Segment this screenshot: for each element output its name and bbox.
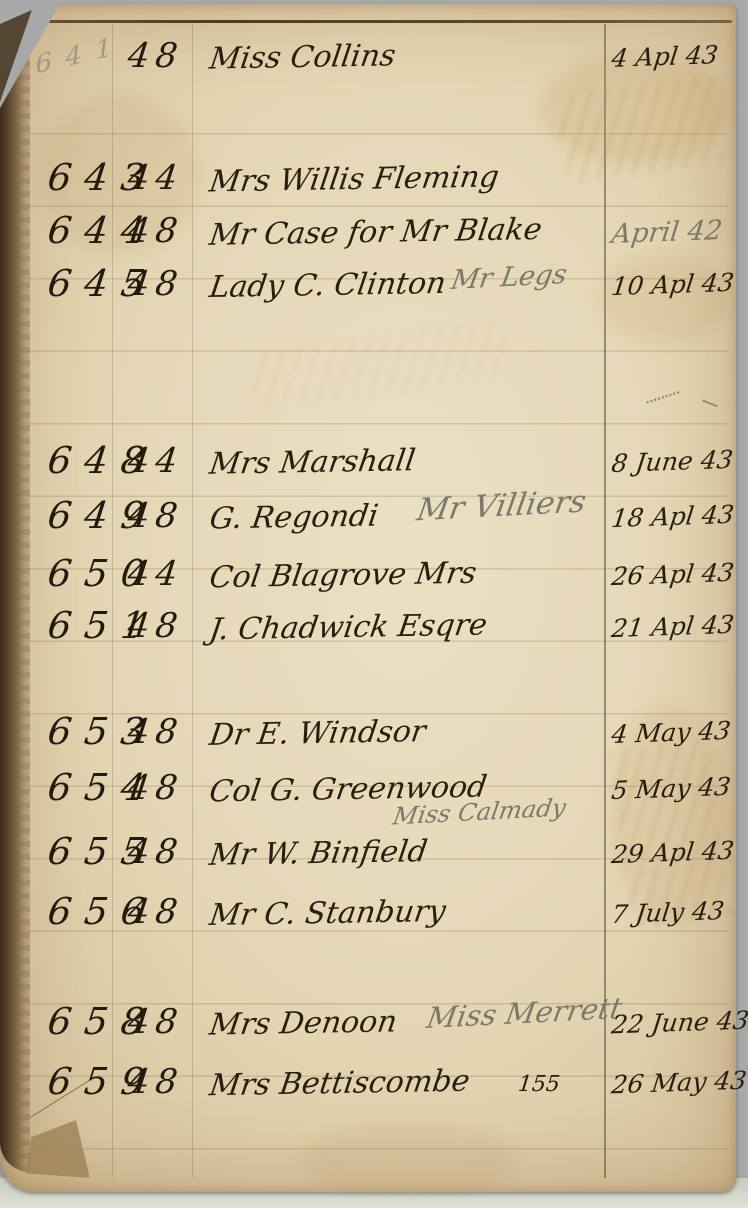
entry-date: 26 May 43	[610, 1066, 748, 1100]
ledger-row: 654 48 Col G. Greenwood 5 May 43	[0, 766, 748, 824]
entry-size: 48	[126, 712, 186, 752]
ledger-row: 645 48 Lady C. Clinton Mr Legs 10 Apl 43	[0, 262, 748, 320]
entry-size: 48	[126, 1002, 186, 1042]
entry-date: 18 Apl 43	[610, 500, 736, 533]
entry-date-pencil: April 42	[610, 215, 724, 250]
entry-date: 5 May 43	[610, 772, 732, 805]
entry-size: 48	[126, 36, 186, 76]
ledger-row: 658 48 Mrs Denoon Miss Merrett 22 June 4…	[0, 1000, 748, 1058]
entry-ref-number: 155	[517, 1072, 562, 1097]
entry-name: Dr E. Windsor	[207, 714, 428, 753]
ledger-row: 648 44 Mrs Marshall 8 June 43	[0, 439, 748, 497]
entry-size: 48	[126, 768, 186, 808]
entry-name: Mr W. Binfield	[207, 834, 429, 873]
pencil-scribble	[646, 391, 683, 417]
ledger-page: 641 48 Miss Collins 4 Apl 43 643 44 Mrs …	[0, 4, 736, 1192]
entry-date: 22 June 43	[610, 1006, 748, 1040]
ledger-row: 656 48 Mr C. Stanbury 7 July 43	[0, 890, 748, 948]
entry-date: 10 Apl 43	[610, 268, 736, 301]
entry-size: 48	[126, 892, 186, 932]
entry-name: G. Regondi	[207, 499, 380, 537]
ledger-row: 650 44 Col Blagrove Mrs 26 Apl 43	[0, 552, 748, 610]
entry-name: Mrs Denoon	[207, 1004, 399, 1042]
entry-name: J. Chadwick Esqre	[207, 608, 489, 648]
entry-date: 8 June 43	[610, 445, 735, 478]
pencil-annotation: Mr Villiers	[414, 484, 588, 529]
entry-size: 48	[126, 496, 186, 536]
entry-size: 48	[126, 1062, 186, 1102]
entry-size: 44	[126, 554, 186, 594]
entry-date: 4 Apl 43	[610, 40, 720, 73]
page-top-edge	[2, 20, 732, 23]
ledger-row: 641 48 Miss Collins 4 Apl 43	[0, 34, 748, 92]
entry-size: 44	[126, 158, 186, 198]
pencil-annotation: Miss Merrett	[424, 991, 624, 1035]
entry-name: Mrs Bettiscombe	[207, 1064, 472, 1104]
ledger-row: 653 48 Dr E. Windsor 4 May 43	[0, 710, 748, 768]
paper-stain	[300, 1124, 520, 1194]
ledger-row: 651 48 J. Chadwick Esqre 21 Apl 43	[0, 604, 748, 662]
entry-name: Lady C. Clinton	[207, 266, 448, 305]
entry-size: 48	[126, 211, 186, 251]
entry-date: 4 May 43	[610, 716, 732, 749]
entry-date: 26 Apl 43	[610, 558, 736, 591]
ledger-row: 659 48 Mrs Bettiscombe 155 26 May 43	[0, 1060, 748, 1118]
entry-name: Mrs Willis Fleming	[207, 159, 501, 199]
entry-date: 21 Apl 43	[610, 610, 736, 643]
entry-number: 641	[34, 30, 126, 81]
entry-size: 48	[126, 606, 186, 646]
entry-name: Mr C. Stanbury	[207, 894, 448, 933]
ink-showthrough	[247, 316, 513, 412]
entry-name: Col Blagrove Mrs	[207, 556, 479, 596]
ledger-row: 655 48 Mr W. Binfield Miss Calmady 29 Ap…	[0, 830, 748, 888]
entry-size: 44	[126, 441, 186, 481]
ledger-row: 649 48 G. Regondi Mr Villiers 18 Apl 43	[0, 494, 748, 552]
entry-size: 48	[126, 832, 186, 872]
entry-date: 29 Apl 43	[610, 836, 736, 869]
ledger-row: 643 44 Mrs Willis Fleming	[0, 156, 748, 214]
ledger-row: 644 48 Mr Case for Mr Blake April 42	[0, 209, 748, 267]
pencil-scribble	[698, 399, 717, 416]
entry-name: Mrs Marshall	[207, 443, 417, 482]
entry-name: Mr Case for Mr Blake	[207, 212, 544, 253]
pencil-annotation: Mr Legs	[449, 259, 569, 296]
entry-date: 7 July 43	[610, 896, 726, 929]
entry-name: Miss Collins	[207, 38, 398, 76]
entry-size: 48	[126, 264, 186, 304]
